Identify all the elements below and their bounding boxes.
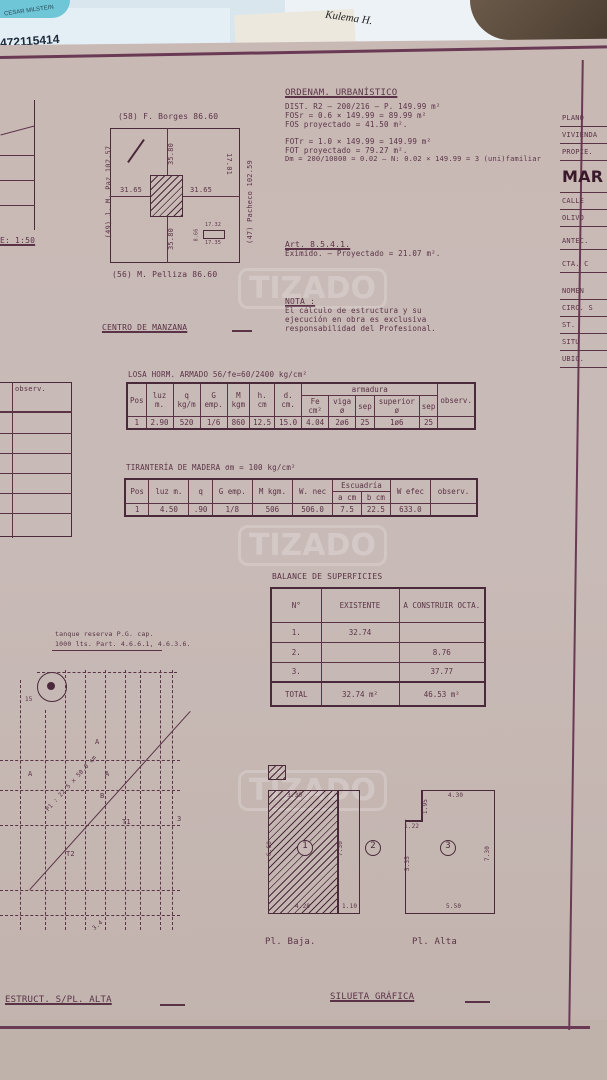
dim-top: 35.80 — [167, 143, 175, 165]
th: q — [189, 479, 212, 504]
total-row: TOTAL 32.74 m² 46.53 m² — [271, 682, 485, 706]
left-partial-drawing — [0, 100, 35, 230]
joist-label: A — [28, 770, 32, 778]
urban-line: Dm = 200/10000 = 0.02 — N: 0.02 × 149.99… — [285, 155, 541, 163]
dim: 5.50 — [446, 903, 461, 910]
cell — [438, 417, 475, 430]
title-block-row: VIVIENDA — [560, 127, 607, 144]
cell: 1 — [125, 504, 149, 517]
dim: 3.30 — [287, 792, 302, 799]
dim: 4.20 — [295, 903, 310, 910]
cell: 2. — [271, 642, 321, 662]
street-top: (58) F. Borges 86.60 — [118, 112, 218, 121]
urban-line: FOS proyectado = 41.50 m². — [285, 120, 541, 129]
cell: 2.90 — [146, 417, 173, 430]
th: W efec — [390, 479, 430, 504]
title-block-row: NOMEN — [560, 283, 607, 300]
th: M kgm — [227, 383, 250, 417]
joist-label: A — [95, 738, 99, 746]
cell: 46.53 m² — [399, 682, 485, 706]
cell: 37.77 — [399, 662, 485, 682]
pb-step — [268, 765, 286, 780]
title-block-row: PROPIE. — [560, 144, 607, 161]
th-armadura: armadura — [302, 383, 438, 396]
cell: 32.74 — [321, 622, 399, 642]
table-row: 2. 8.76 — [271, 642, 485, 662]
tirantes-table: Pos luz m. q G emp. M kgm. W. nec Escuad… — [124, 478, 478, 517]
table-row: 3. 37.77 — [271, 662, 485, 682]
left-partial-table: observ. — [0, 382, 72, 537]
cell — [431, 504, 478, 517]
note-line: ejecución en obra es exclusiva — [285, 315, 436, 324]
zone-marker: 2 — [365, 840, 381, 856]
cell — [399, 622, 485, 642]
balance-title: BALANCE DE SUPERFICIES — [272, 572, 382, 581]
th: M kgm. — [252, 479, 292, 504]
tirantes-title: TIRANTERÍA DE MADERA σm = 100 kg/cm² — [126, 463, 296, 472]
th: A CONSTRUIR OCTA. — [399, 588, 485, 622]
cell: 506.0 — [293, 504, 333, 517]
dim-left: 31.65 — [120, 186, 142, 194]
joist-label: T1 — [122, 818, 131, 826]
sheet-border-bottom — [0, 1026, 590, 1029]
th: G emp. — [212, 479, 252, 504]
lot-width: 17.32 — [205, 222, 221, 228]
dim: 7.30 — [484, 846, 491, 861]
th: observ. — [431, 479, 478, 504]
article-line: Eximido. — Proyectado = 21.07 m². — [285, 249, 441, 258]
th-escuadria: Escuadría — [333, 479, 391, 492]
dim-right: 31.65 — [190, 186, 212, 194]
diagonal-label: P1 : 22 5 x 50.0 cm — [44, 754, 98, 813]
cell: 25 — [419, 417, 438, 430]
label-dash — [232, 330, 252, 332]
cell: 1. — [271, 622, 321, 642]
left-scale-label: E: 1:50 — [0, 236, 35, 245]
site-plan: (58) F. Borges 86.60 31.65 31.65 35.80 3… — [100, 110, 290, 290]
street-bottom: (56) M. Pelliza 86.60 — [112, 270, 217, 279]
joist-label: T2 — [66, 850, 75, 858]
title-block-row: UBIC. — [560, 351, 607, 368]
cell: 25 — [356, 417, 375, 430]
th: EXISTENTE — [321, 588, 399, 622]
tank-center — [47, 682, 55, 690]
silhouette-planta-alta: 3 4.30 1.95 1.22 5.35 7.30 5.50 Pl. Alta — [400, 765, 510, 955]
cell: 8.76 — [399, 642, 485, 662]
left-table-header: observ. — [15, 385, 46, 393]
th: sep — [356, 396, 375, 417]
urban-section: ORDENAM. URBANÍSTICO DIST. R2 — 200/216 … — [285, 88, 541, 163]
sheet-underlayer — [0, 1020, 607, 1080]
joist-label: A — [105, 770, 109, 778]
title-block-row: ANTEC. — [560, 227, 607, 250]
th: b cm — [362, 492, 391, 504]
cell: 4.04 — [302, 417, 329, 430]
title-block-row: SITU — [560, 334, 607, 351]
title-block-row: ST. — [560, 317, 607, 334]
zone-marker: 1 — [297, 840, 313, 856]
joist-label: B — [100, 792, 104, 800]
urban-line: FOTr = 1.0 × 149.99 = 149.99 m² — [285, 137, 541, 146]
dim: 1.95 — [422, 799, 429, 814]
title-block-row: PLANO — [560, 110, 607, 127]
dim: 1.22 — [404, 823, 419, 830]
title-block: PLANO VIVIENDA PROPIE. MAR CALLE OLIVO A… — [560, 110, 607, 490]
th: Pos — [125, 479, 149, 504]
table-row: 1. 32.74 — [271, 622, 485, 642]
dim: 1.10 — [342, 903, 357, 910]
dim-small: 15 — [25, 696, 33, 703]
wicker-basket — [470, 0, 607, 40]
cell: 22.5 — [362, 504, 391, 517]
urban-line: DIST. R2 — 200/216 — P. 149.99 m² — [285, 102, 541, 111]
th: Pos — [127, 383, 146, 417]
cell — [321, 642, 399, 662]
tank-note-2: 1000 lts. Part. 4.6.6.1, 4.6.3.6. — [55, 640, 191, 648]
title-block-row: CALLE — [560, 193, 607, 210]
cell: 7.5 — [333, 504, 362, 517]
cell: 860 — [227, 417, 250, 430]
site-plan-label: CENTRO DE MANZANA — [102, 323, 187, 332]
th: superior ø — [374, 396, 419, 417]
joist-label: 3 — [177, 815, 181, 823]
urban-title: ORDENAM. URBANÍSTICO — [285, 88, 541, 98]
watermark: TIZADO — [238, 268, 387, 309]
dim: 6.60 — [266, 841, 273, 856]
structure-plan: P1 : 22 5 x 50.0 cm 15 A A B A T2 T1 3 3… — [0, 650, 200, 940]
dim: 4.30 — [448, 792, 463, 799]
title-block-row: MAR — [560, 161, 607, 193]
th: h. cm — [250, 383, 275, 417]
th: q kg/m — [173, 383, 200, 417]
pb-label: Pl. Baja. — [265, 937, 316, 947]
table-row: 1 2.90 520 1/6 860 12.5 15.0 4.04 2ø6 25… — [127, 417, 475, 430]
cell: 1/8 — [212, 504, 252, 517]
article-title: Art. 8.5.4.1. — [285, 240, 441, 249]
th: N° — [271, 588, 321, 622]
urban-line: FOSr = 0.6 × 149.99 = 89.99 m² — [285, 111, 541, 120]
dim-bottom: 3.4 — [91, 919, 104, 932]
th: d. cm. — [275, 383, 302, 417]
th: Fe cm² — [302, 396, 329, 417]
label-dash — [160, 1004, 185, 1006]
title-block-row: OLIVO — [560, 210, 607, 227]
cell: 1ø6 — [374, 417, 419, 430]
street-right: (47) Pacheco 102.59 — [246, 160, 254, 244]
structure-label: ESTRUCT. S/PL. ALTA — [5, 995, 112, 1005]
cell: 2ø6 — [329, 417, 356, 430]
th: luz m. — [149, 479, 189, 504]
th: a cm — [333, 492, 362, 504]
watermark: TIZADO — [238, 525, 387, 566]
dim-right-vertical: 17.01 — [225, 153, 233, 175]
lot-small-dim: 17.35 — [205, 240, 221, 246]
lot-small — [203, 230, 225, 239]
dim: 5.35 — [404, 856, 411, 871]
title-block-row: CIRC. S — [560, 300, 607, 317]
title-block-row: CTA. C — [560, 250, 607, 273]
urban-line: FOT proyectado = 79.27 m². — [285, 146, 541, 155]
pa-label: Pl. Alta — [412, 937, 457, 947]
losa-title: LOSA HORM. ARMADO 56/fe=60/2400 kg/cm² — [128, 370, 307, 379]
th: W. nec — [293, 479, 333, 504]
table-row: 1 4.50 .90 1/8 506 506.0 7.5 22.5 633.0 — [125, 504, 477, 517]
cell: 12.5 — [250, 417, 275, 430]
note-line: responsabilidad del Profesional. — [285, 324, 436, 333]
zone-marker: 3 — [440, 840, 456, 856]
cell: 32.74 m² — [321, 682, 399, 706]
cell: 15.0 — [275, 417, 302, 430]
th: viga ø — [329, 396, 356, 417]
silhouette-label: SILUETA GRÁFICA — [330, 992, 414, 1002]
cell: TOTAL — [271, 682, 321, 706]
dim: 7.30 — [337, 841, 344, 856]
tank-note-1: tanque reserva P.G. cap. — [55, 630, 154, 638]
losa-table: Pos luz m. q kg/m G emp. M kgm h. cm d. … — [126, 382, 476, 430]
cell: 520 — [173, 417, 200, 430]
lot-hatched — [150, 175, 183, 217]
lot-depth: 8.66 — [193, 229, 199, 242]
label-dash — [465, 1001, 490, 1003]
cell: 1/6 — [200, 417, 227, 430]
cell: .90 — [189, 504, 212, 517]
street-left: (49) J. M. Paz 102.57 — [104, 146, 112, 239]
silhouette-planta-baja: 1 2 3.30 6.60 7.30 4.20 1.10 Pl. Baja. — [265, 765, 375, 955]
cell: 1 — [127, 417, 146, 430]
th: G emp. — [200, 383, 227, 417]
cell: 4.50 — [149, 504, 189, 517]
balance-table: N° EXISTENTE A CONSTRUIR OCTA. 1. 32.74 … — [270, 587, 486, 707]
th: luz m. — [146, 383, 173, 417]
dim-bottom: 35.80 — [167, 228, 175, 250]
th: sep — [419, 396, 438, 417]
cell — [321, 662, 399, 682]
article-section: Art. 8.5.4.1. Eximido. — Proyectado = 21… — [285, 240, 441, 258]
cell: 633.0 — [390, 504, 430, 517]
cell: 506 — [252, 504, 292, 517]
cell: 3. — [271, 662, 321, 682]
th: observ. — [438, 383, 475, 417]
